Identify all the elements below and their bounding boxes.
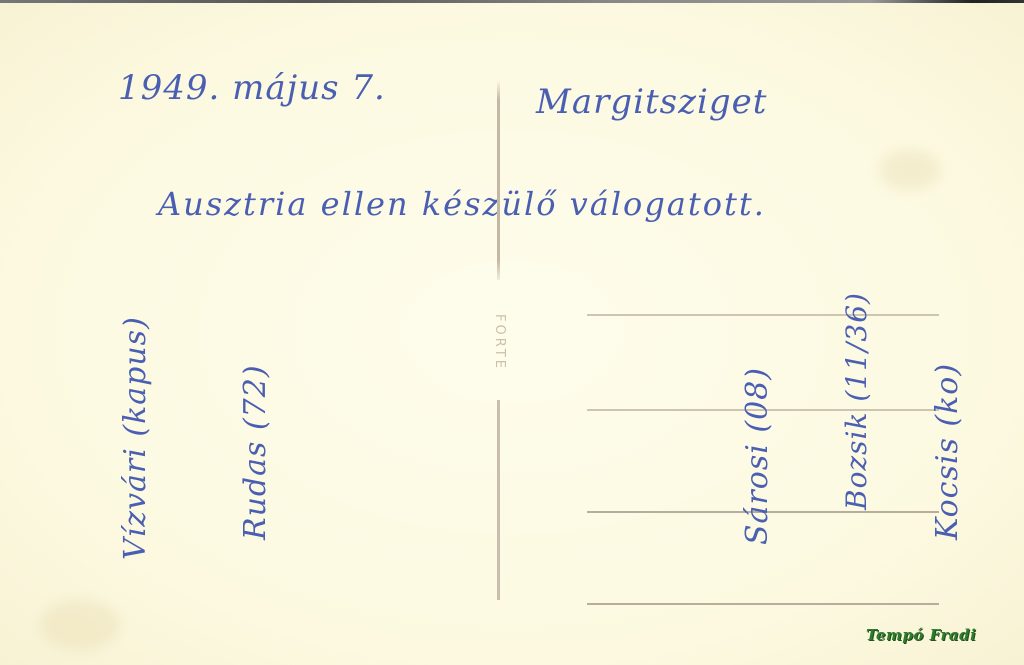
name-note: (08) bbox=[740, 367, 775, 433]
center-divider-top bbox=[497, 80, 500, 280]
name-note: (ko) bbox=[930, 363, 965, 427]
address-line-1 bbox=[587, 314, 939, 316]
handwritten-name-rudas: Rudas (72) bbox=[238, 364, 273, 540]
address-line-4 bbox=[587, 603, 939, 605]
handwritten-name-bozsik: Bozsik (11/36) bbox=[840, 292, 873, 510]
handwritten-place: Margitsziget bbox=[536, 82, 767, 122]
paper-stain bbox=[40, 600, 120, 650]
handwritten-name-kocsis: Kocsis (ko) bbox=[930, 363, 965, 540]
scan-edge bbox=[0, 0, 1024, 3]
tempo-fradi-watermark: Tempó Fradi bbox=[866, 626, 976, 644]
name-note: (kapus) bbox=[118, 316, 153, 436]
handwritten-caption: Ausztria ellen készülő válogatott. bbox=[158, 185, 766, 223]
name-note: (72) bbox=[238, 364, 273, 430]
name-text: Vízvári bbox=[118, 447, 153, 560]
name-text: Kocsis bbox=[930, 437, 965, 540]
name-note: (11/36) bbox=[840, 292, 873, 402]
printed-brand-mark: FORTE bbox=[491, 300, 507, 385]
name-text: Rudas bbox=[238, 441, 273, 540]
name-text: Bozsik bbox=[840, 412, 873, 510]
paper-stain bbox=[880, 150, 940, 190]
handwritten-name-sarosi: Sárosi (08) bbox=[740, 367, 775, 545]
center-divider-bottom bbox=[497, 400, 500, 600]
handwritten-date: 1949. május 7. bbox=[118, 68, 386, 108]
name-text: Sárosi bbox=[740, 443, 775, 545]
handwritten-name-vizvari: Vízvári (kapus) bbox=[118, 316, 153, 560]
postcard-back: 1949. május 7. Margitsziget Ausztria ell… bbox=[0, 0, 1024, 665]
